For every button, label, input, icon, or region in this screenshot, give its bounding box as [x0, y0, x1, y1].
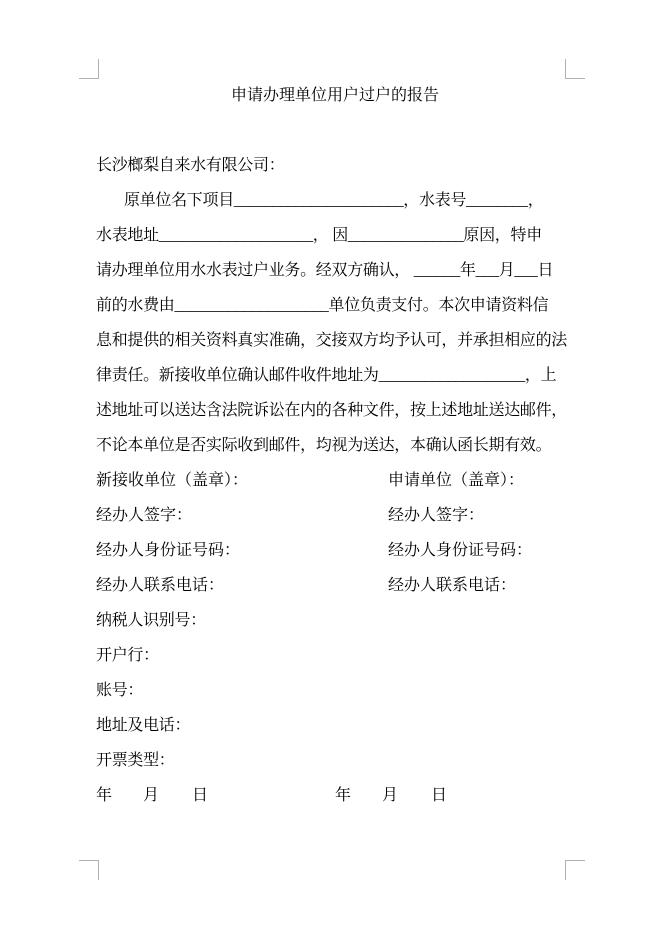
crop-mark-bottom-left: [79, 860, 99, 880]
document-content: 申请办理单位用户过户的报告 长沙榔梨自来水有限公司： 原单位名下项目______…: [96, 78, 574, 813]
signature-row: 经办人身份证号码： 经办人身份证号码：: [96, 533, 574, 568]
day-label: 日: [192, 778, 208, 813]
signature-row: 经办人联系电话： 经办人联系电话：: [96, 568, 574, 603]
crop-mark-bottom-right: [565, 860, 585, 880]
body-line: 述地址可以送达含法院诉讼在内的各种文件，按上述地址送达邮件，: [96, 393, 574, 428]
crop-mark-top-left: [79, 59, 99, 79]
applicant-id-label: 经办人身份证号码：: [388, 533, 532, 568]
receiver-phone-label: 经办人联系电话：: [96, 568, 388, 603]
year-label: 年: [335, 778, 351, 813]
receiver-signer-label: 经办人签字：: [96, 498, 388, 533]
invoice-type-label: 开票类型：: [96, 743, 574, 778]
body-line: 不论本单位是否实际收到邮件，均视为送达，本确认函长期有效。: [96, 428, 574, 463]
bank-label: 开户行：: [96, 638, 574, 673]
salutation: 长沙榔梨自来水有限公司：: [96, 148, 574, 183]
document-page: 申请办理单位用户过户的报告 长沙榔梨自来水有限公司： 原单位名下项目______…: [0, 0, 664, 939]
month-label: 月: [143, 778, 159, 813]
crop-mark-top-right: [565, 59, 585, 79]
receiver-id-label: 经办人身份证号码：: [96, 533, 388, 568]
body-line: 原单位名下项目______________________，水表号_______…: [96, 183, 574, 218]
signature-row: 经办人签字： 经办人签字：: [96, 498, 574, 533]
body-line: 律责任。新接收单位确认邮件收件地址为___________________，上: [96, 358, 574, 393]
signature-row: 新接收单位（盖章）： 申请单位（盖章）：: [96, 463, 574, 498]
applicant-stamp-label: 申请单位（盖章）：: [388, 463, 524, 498]
address-phone-label: 地址及电话：: [96, 708, 574, 743]
day-label: 日: [431, 778, 447, 813]
receiver-stamp-label: 新接收单位（盖章）：: [96, 463, 388, 498]
account-label: 账号：: [96, 673, 574, 708]
month-label: 月: [382, 778, 398, 813]
applicant-date: 年 月 日: [335, 778, 574, 813]
date-row: 年 月 日 年 月 日: [96, 778, 574, 813]
applicant-signer-label: 经办人签字：: [388, 498, 484, 533]
year-label: 年: [96, 778, 112, 813]
spacer-line: [96, 113, 574, 148]
body-line: 水表地址____________________， 因_____________…: [96, 218, 574, 253]
body-line: 前的水费由____________________单位负责支付。本次申请资料信: [96, 288, 574, 323]
page-title: 申请办理单位用户过户的报告: [96, 78, 574, 113]
applicant-phone-label: 经办人联系电话：: [388, 568, 516, 603]
body-line: 息和提供的相关资料真实准确，交接双方均予认可，并承担相应的法: [96, 323, 574, 358]
receiver-date: 年 月 日: [96, 778, 335, 813]
body-line: 请办理单位用水水表过户业务。经双方确认， ______年___月___日: [96, 253, 574, 288]
taxpayer-id-label: 纳税人识别号：: [96, 603, 574, 638]
